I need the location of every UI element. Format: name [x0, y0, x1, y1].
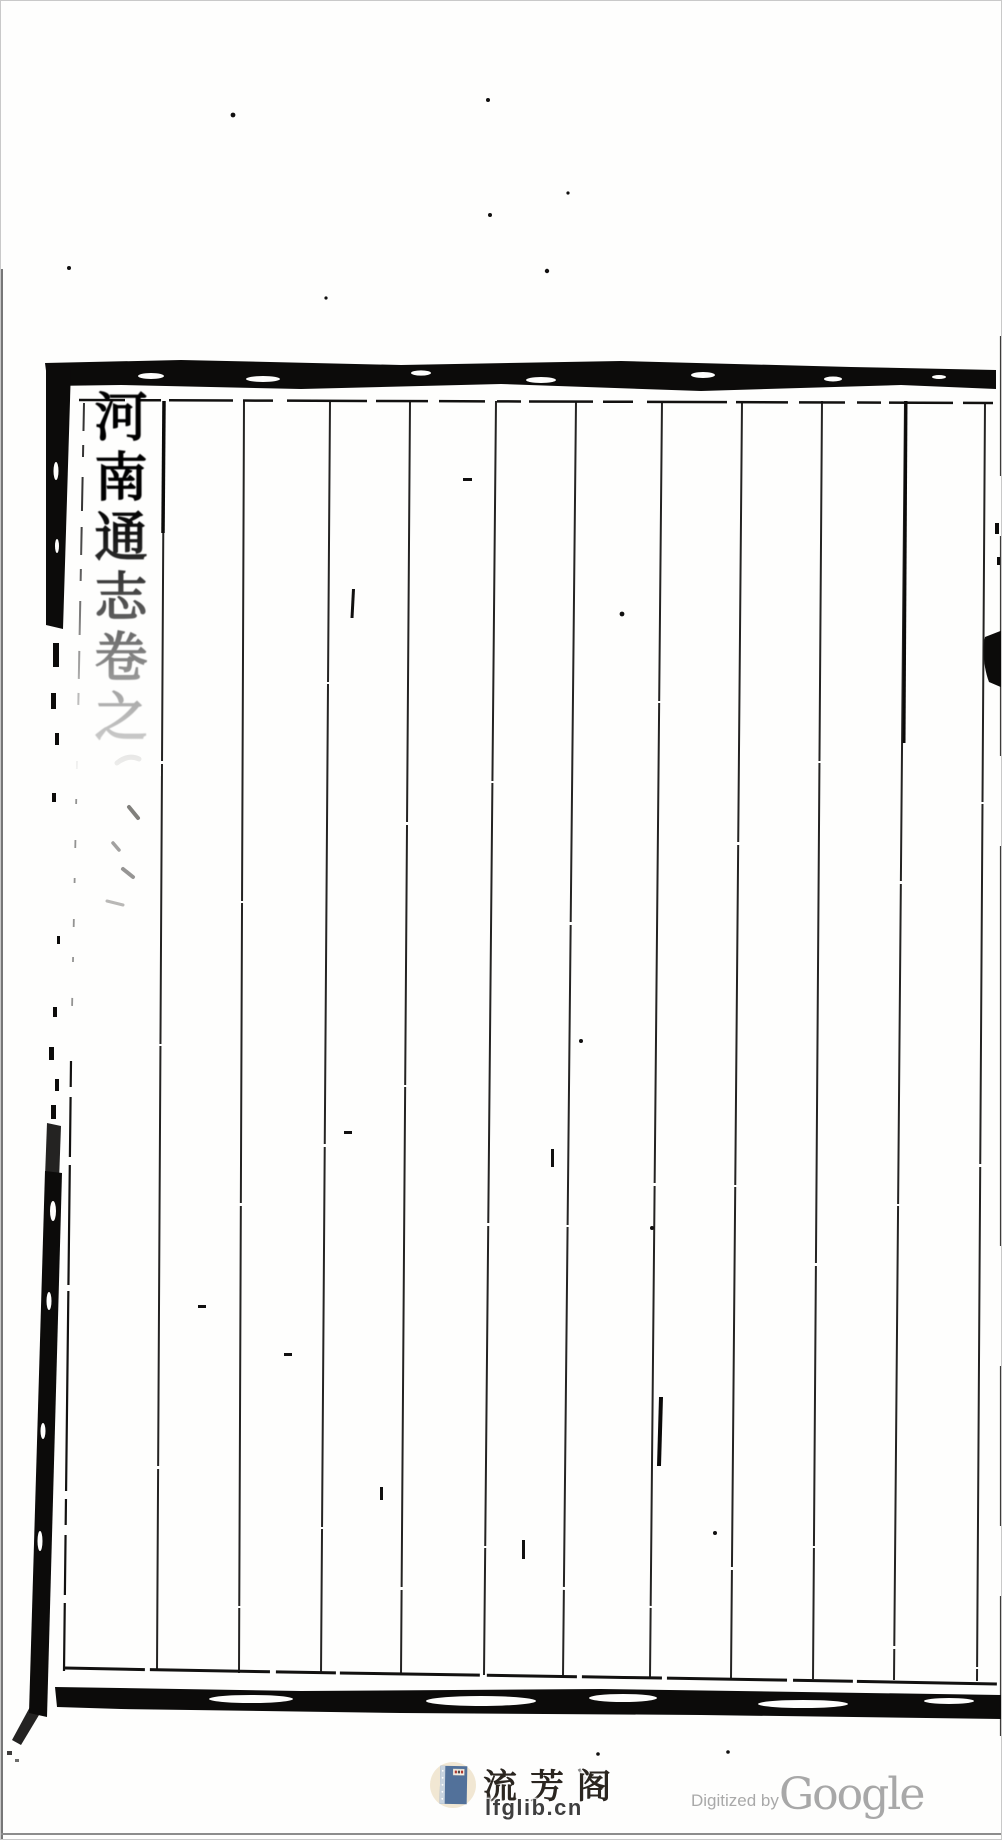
scan-left-edge: [1, 269, 3, 1840]
scan-bottom-rule: [1, 1833, 1002, 1835]
woodblock-frame-art: [1, 1, 1002, 1840]
scanned-book-page: 河南通志卷之 流芳阁 lfg: [0, 0, 1002, 1840]
google-logotype: Google: [779, 1769, 923, 1820]
book-logo-icon: [429, 1761, 477, 1809]
title-fade-overlay: [75, 506, 161, 776]
footer-watermark: 流芳阁 lfglib.cn Digitized by Google: [1, 1751, 1002, 1831]
site-url: lfglib.cn: [485, 1795, 583, 1821]
digitized-by-label: Digitized by: [691, 1791, 779, 1811]
